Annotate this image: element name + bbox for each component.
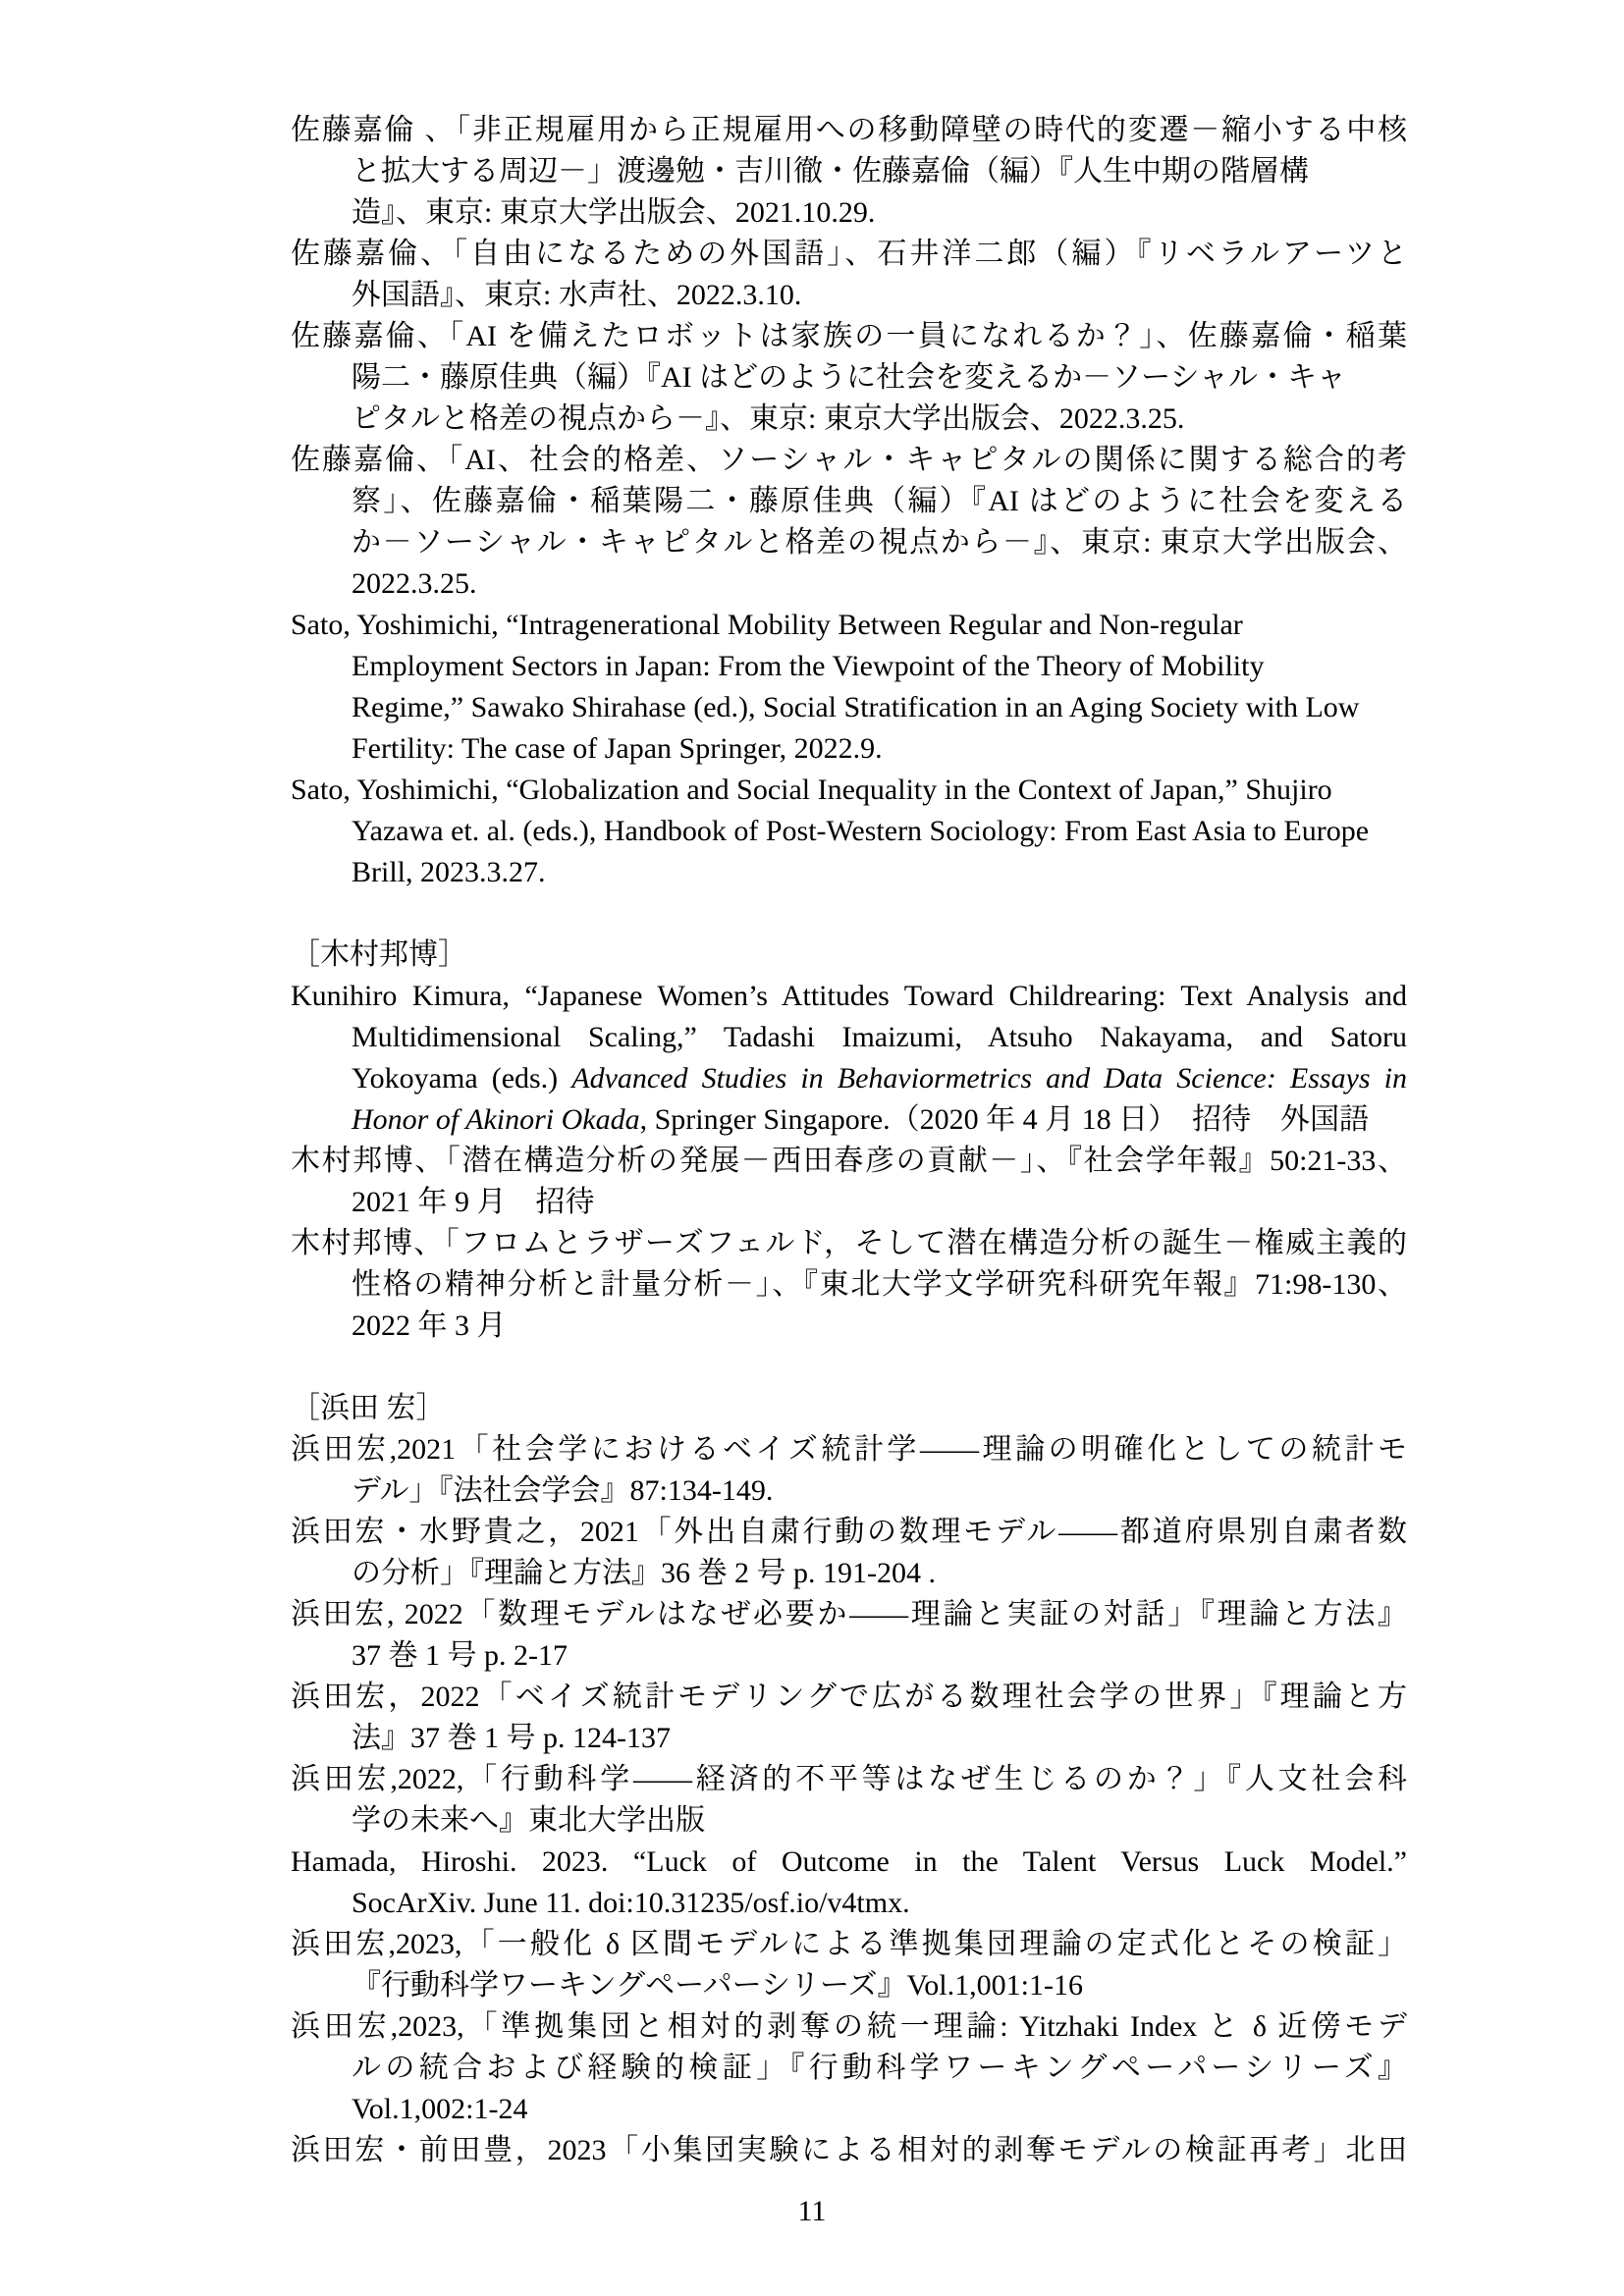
- citation-line: 外国語』、東京: 水声社、2022.3.10.: [291, 275, 1407, 316]
- citation-line: Sato, Yoshimichi, “Intragenerational Mob…: [291, 605, 1407, 646]
- citation-entry: 浜田宏,2023,「一般化 δ 区間モデルによる準拠集団理論の定式化とその検証」…: [291, 1924, 1407, 2006]
- publication-section: 佐藤嘉倫 、「非正規雇用から正規雇用への移動障壁の時代的変遷－縮小する中核と拡大…: [291, 110, 1407, 893]
- citation-entry: 佐藤嘉倫 、「非正規雇用から正規雇用への移動障壁の時代的変遷－縮小する中核と拡大…: [291, 110, 1407, 234]
- citation-entry: Sato, Yoshimichi, “Intragenerational Mob…: [291, 605, 1407, 770]
- document-page: 佐藤嘉倫 、「非正規雇用から正規雇用への移動障壁の時代的変遷－縮小する中核と拡大…: [291, 110, 1407, 2171]
- citation-entry: Kunihiro Kimura, “Japanese Women’s Attit…: [291, 976, 1407, 1141]
- citation-line: Employment Sectors in Japan: From the Vi…: [291, 646, 1407, 687]
- publication-section: ［浜田 宏］浜田宏,2021「社会学におけるベイズ統計学――理論の明確化としての…: [291, 1388, 1407, 2171]
- citation-line: 陽二・藤原佳典（編）『AI はどのように社会を変えるか－ソーシャル・キャ: [291, 357, 1407, 399]
- section-spacer: [291, 893, 1407, 934]
- citation-entry: Hamada, Hiroshi. 2023. “Luck of Outcome …: [291, 1842, 1407, 1924]
- citation-line: Multidimensional Scaling,” Tadashi Imaiz…: [291, 1017, 1407, 1058]
- citation-line: Vol.1,002:1-24: [291, 2089, 1407, 2130]
- citation-text: , Springer Singapore.（2020 年 4 月 18 日） 招…: [640, 1103, 1369, 1136]
- citation-line: 浜田宏，2022「ベイズ統計モデリングで広がる数理社会学の世界」『理論と方: [291, 1677, 1407, 1718]
- citation-line: Sato, Yoshimichi, “Globalization and Soc…: [291, 770, 1407, 811]
- citation-line: 佐藤嘉倫、「AI を備えたロボットは家族の一員になれるか？」、佐藤嘉倫・稲葉: [291, 316, 1407, 357]
- citation-entry: 木村邦博、「潜在構造分析の発展－西田春彦の貢献－」、『社会学年報』50:21-3…: [291, 1141, 1407, 1223]
- citation-line: 佐藤嘉倫、「AI、社会的格差、ソーシャル・キャピタルの関係に関する総合的考: [291, 440, 1407, 481]
- citation-line: と拡大する周辺－」渡邊勉・吉川徹・佐藤嘉倫（編）『人生中期の階層構: [291, 151, 1407, 192]
- citation-line: 佐藤嘉倫、「自由になるための外国語」、石井洋二郎（編）『リベラルアーツと: [291, 234, 1407, 275]
- citation-line: 浜田宏・前田豊，2023「小集団実験による相対的剥奪モデルの検証再考」北田: [291, 2130, 1407, 2171]
- citation-line: 木村邦博、「フロムとラザーズフェルド，そして潜在構造分析の誕生－権威主義的: [291, 1223, 1407, 1264]
- citation-line: Regime,” Sawako Shirahase (ed.), Social …: [291, 687, 1407, 728]
- page-number: 11: [0, 2191, 1624, 2232]
- citation-entry: 浜田宏・水野貴之，2021「外出自粛行動の数理モデル――都道府県別自粛者数の分析…: [291, 1512, 1407, 1594]
- citation-line: 2022 年 3 月: [291, 1306, 1407, 1347]
- publication-section: ［木村邦博］Kunihiro Kimura, “Japanese Women’s…: [291, 934, 1407, 1347]
- citation-line: Fertility: The case of Japan Springer, 2…: [291, 728, 1407, 770]
- citation-line: 佐藤嘉倫 、「非正規雇用から正規雇用への移動障壁の時代的変遷－縮小する中核: [291, 110, 1407, 151]
- citation-line: 学の未来へ』東北大学出版: [291, 1800, 1407, 1842]
- citation-entry: 浜田宏・前田豊，2023「小集団実験による相対的剥奪モデルの検証再考」北田: [291, 2130, 1407, 2171]
- citation-line: か－ソーシャル・キャピタルと格差の視点から－』、東京: 東京大学出版会、: [291, 522, 1407, 563]
- citation-line: 浜田宏,2023,「準拠集団と相対的剥奪の統一理論: Yitzhaki Inde…: [291, 2006, 1407, 2048]
- citation-line: 木村邦博、「潜在構造分析の発展－西田春彦の貢献－」、『社会学年報』50:21-3…: [291, 1141, 1407, 1182]
- citation-line: ルの統合および経験的検証」『行動科学ワーキングペーパーシリーズ』: [291, 2048, 1407, 2089]
- citation-line: 浜田宏,2023,「一般化 δ 区間モデルによる準拠集団理論の定式化とその検証」: [291, 1924, 1407, 1965]
- citation-line: Yokoyama (eds.) Advanced Studies in Beha…: [291, 1058, 1407, 1099]
- citation-line: 法』37 巻 1 号 p. 124-137: [291, 1718, 1407, 1759]
- citation-line: 性格の精神分析と計量分析－」、『東北大学文学研究科研究年報』71:98-130、: [291, 1264, 1407, 1306]
- citation-entry: 浜田宏, 2022「数理モデルはなぜ必要か――理論と実証の対話」『理論と方法』3…: [291, 1594, 1407, 1677]
- citation-line: 察」、佐藤嘉倫・稲葉陽二・藤原佳典（編）『AI はどのように社会を変える: [291, 481, 1407, 522]
- citation-line: Yazawa et. al. (eds.), Handbook of Post-…: [291, 811, 1407, 852]
- citation-line: 浜田宏, 2022「数理モデルはなぜ必要か――理論と実証の対話」『理論と方法』: [291, 1594, 1407, 1635]
- citation-entry: 浜田宏,2023,「準拠集団と相対的剥奪の統一理論: Yitzhaki Inde…: [291, 2006, 1407, 2130]
- citation-entry: 佐藤嘉倫、「AI、社会的格差、ソーシャル・キャピタルの関係に関する総合的考察」、…: [291, 440, 1407, 605]
- citation-line: の分析」『理論と方法』36 巻 2 号 p. 191-204 .: [291, 1553, 1407, 1594]
- citation-entry: 浜田宏,2021「社会学におけるベイズ統計学――理論の明確化としての統計モデル」…: [291, 1429, 1407, 1512]
- citation-entry: 浜田宏,2022,「行動科学――経済的不平等はなぜ生じるのか？」『人文社会科学の…: [291, 1759, 1407, 1842]
- section-header: ［浜田 宏］: [291, 1388, 1407, 1429]
- citation-line: Kunihiro Kimura, “Japanese Women’s Attit…: [291, 976, 1407, 1017]
- citation-line: ピタルと格差の視点から－』、東京: 東京大学出版会、2022.3.25.: [291, 399, 1407, 440]
- citation-title-italic: Advanced Studies in Behaviormetrics and …: [571, 1062, 1407, 1095]
- citation-entry: 浜田宏，2022「ベイズ統計モデリングで広がる数理社会学の世界」『理論と方法』3…: [291, 1677, 1407, 1759]
- citation-title-italic: Honor of Akinori Okada: [352, 1103, 640, 1136]
- citation-line: 2022.3.25.: [291, 563, 1407, 605]
- section-spacer: [291, 1347, 1407, 1388]
- citation-line: Brill, 2023.3.27.: [291, 852, 1407, 893]
- citation-entry: 佐藤嘉倫、「AI を備えたロボットは家族の一員になれるか？」、佐藤嘉倫・稲葉陽二…: [291, 316, 1407, 440]
- citation-line: 造』、東京: 東京大学出版会、2021.10.29.: [291, 192, 1407, 234]
- citation-line: SocArXiv. June 11. doi:10.31235/osf.io/v…: [291, 1883, 1407, 1924]
- citation-text: Yokoyama (eds.): [352, 1062, 571, 1095]
- citation-entry: Sato, Yoshimichi, “Globalization and Soc…: [291, 770, 1407, 893]
- citation-line: デル」『法社会学会』87:134-149.: [291, 1470, 1407, 1512]
- citation-line: Hamada, Hiroshi. 2023. “Luck of Outcome …: [291, 1842, 1407, 1883]
- citation-line: 浜田宏・水野貴之，2021「外出自粛行動の数理モデル――都道府県別自粛者数: [291, 1512, 1407, 1553]
- citation-entry: 木村邦博、「フロムとラザーズフェルド，そして潜在構造分析の誕生－権威主義的性格の…: [291, 1223, 1407, 1347]
- citation-line: 浜田宏,2021「社会学におけるベイズ統計学――理論の明確化としての統計モ: [291, 1429, 1407, 1470]
- section-header: ［木村邦博］: [291, 934, 1407, 976]
- citation-line: 『行動科学ワーキングペーパーシリーズ』Vol.1,001:1-16: [291, 1965, 1407, 2006]
- citation-line: Honor of Akinori Okada, Springer Singapo…: [291, 1099, 1407, 1141]
- citation-line: 2021 年 9 月 招待: [291, 1182, 1407, 1223]
- citation-line: 37 巻 1 号 p. 2-17: [291, 1635, 1407, 1677]
- citation-entry: 佐藤嘉倫、「自由になるための外国語」、石井洋二郎（編）『リベラルアーツと外国語』…: [291, 234, 1407, 316]
- citation-line: 浜田宏,2022,「行動科学――経済的不平等はなぜ生じるのか？」『人文社会科: [291, 1759, 1407, 1800]
